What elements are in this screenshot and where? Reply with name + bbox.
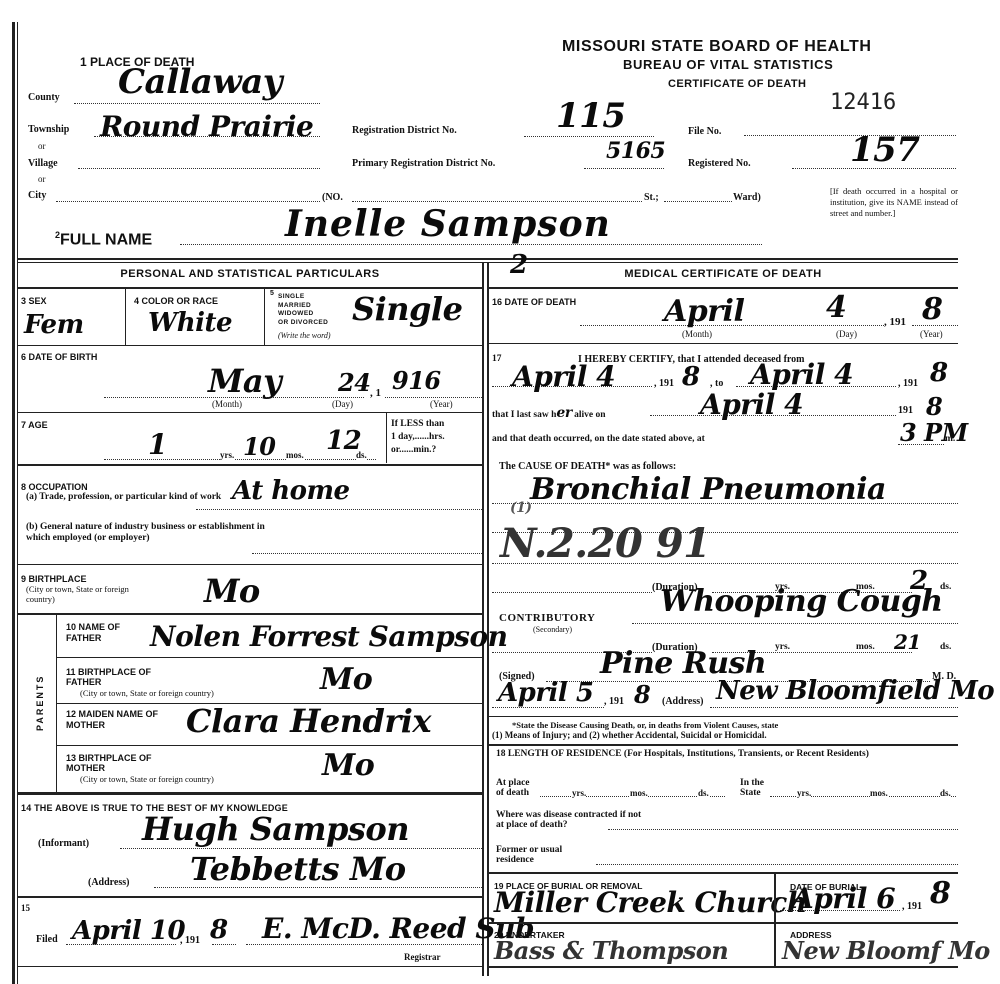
marital-number: 5: [270, 290, 274, 297]
race-marital-divider: [264, 288, 265, 345]
personal-title-divider: [18, 287, 482, 289]
sex-label: 3 SEX: [21, 296, 47, 306]
or-label-2: or: [38, 174, 46, 184]
attended-from-value[interactable]: April 4: [512, 360, 615, 393]
marital-option-divorced: OR DIVORCED: [278, 319, 328, 328]
attended-from-year[interactable]: 8: [682, 362, 700, 392]
primary-registration-line: [584, 168, 664, 169]
attended-to-prefix-text: 191: [903, 378, 918, 389]
occupation-a-value[interactable]: At home: [232, 476, 350, 506]
township-label: Township: [28, 124, 69, 135]
duration-1-line: [492, 592, 652, 593]
medical-section-title: MEDICAL CERTIFICATE OF DEATH: [488, 268, 958, 280]
county-label: County: [28, 92, 60, 103]
cause-code: (1): [510, 500, 532, 516]
contracted-label: Where was disease contracted if not at p…: [496, 810, 646, 830]
marital-option-married: MARRIED: [278, 302, 328, 311]
dod-year-prefix-text: 191: [890, 316, 907, 328]
in-state-ds: ds.: [940, 788, 951, 798]
certificate-title: CERTIFICATE OF DEATH: [668, 78, 806, 90]
left-border-inner: [17, 22, 18, 984]
row-divider-3: [18, 464, 482, 466]
age-years-value[interactable]: 1: [148, 428, 167, 461]
burial-date-value[interactable]: April 6: [792, 882, 895, 915]
attended-to-value[interactable]: April 4: [750, 358, 853, 391]
filed-number: 15: [21, 903, 30, 913]
at-place-mos: mos.: [630, 788, 648, 798]
filed-date-value[interactable]: April 10: [72, 916, 185, 946]
filed-year-prefix: , 191: [180, 935, 200, 946]
dob-year-line: [385, 397, 482, 398]
no-label: (NO.: [322, 192, 343, 203]
dod-month-caption: (Month): [682, 329, 712, 339]
registrar-label: Registrar: [404, 952, 440, 962]
parents-side-label: PARENTS: [35, 679, 45, 731]
birthplace-value[interactable]: Mo: [204, 572, 260, 610]
father-birthplace-hint: (City or town, State or foreign country): [80, 688, 214, 698]
row-divider-6: [18, 792, 482, 795]
birthplace-hint: (City or town, State or foreign country): [26, 584, 156, 604]
mother-birthplace-label: 13 BIRTHPLACE OF MOTHER: [66, 753, 156, 773]
marital-hint: (Write the word): [278, 331, 331, 340]
cause-stamp: N.2.20 91: [500, 520, 710, 567]
signed-year-prefix-text: 191: [609, 696, 624, 707]
death-time-text: and that death occurred, on the date sta…: [492, 434, 705, 444]
in-state-label: In the State: [740, 778, 780, 798]
age-line: [104, 459, 376, 460]
informant-address-label: (Address): [88, 877, 129, 888]
medical-divider-2: [489, 716, 958, 717]
signed-address-label: (Address): [662, 696, 703, 707]
race-label: 4 COLOR OR RACE: [134, 296, 218, 306]
duration-2-ds: ds.: [940, 642, 951, 652]
attended-to-year-prefix: , 191: [898, 378, 918, 389]
st-label: St.;: [644, 192, 659, 203]
st-line: [664, 201, 732, 202]
signed-address-value[interactable]: New Bloomfield Mo: [716, 676, 994, 706]
certify-number: 17: [492, 354, 502, 364]
county-value[interactable]: Callaway: [118, 62, 282, 102]
registration-district-value[interactable]: 115: [556, 96, 625, 136]
medical-divider-3: [489, 744, 958, 746]
duration-2-ds-value[interactable]: 21: [894, 630, 921, 654]
marital-options: SINGLE MARRIED WIDOWED OR DIVORCED: [278, 293, 328, 327]
full-name-value[interactable]: Inelle Sampson: [285, 203, 611, 245]
dob-year-caption: (Year): [430, 399, 453, 409]
parent-divider-1: [57, 657, 482, 658]
dob-year-value[interactable]: 916: [392, 366, 441, 395]
registration-district-line: [524, 136, 654, 137]
age-ds-label: ds.: [356, 450, 367, 460]
at-place-ds: ds.: [698, 788, 709, 798]
duration-2-yrs: yrs.: [775, 642, 790, 652]
footnote-1: *State the Disease Causing Death, or, in…: [512, 720, 778, 730]
race-value[interactable]: White: [148, 308, 232, 338]
occupation-label: 8 OCCUPATION: [21, 482, 88, 492]
county-line: [74, 103, 320, 104]
last-saw-year-prefix: 191: [898, 405, 913, 416]
informant-value[interactable]: Hugh Sampson: [142, 810, 409, 848]
dod-day-value[interactable]: 4: [826, 290, 846, 325]
dod-month-value[interactable]: April: [664, 294, 744, 329]
in-state-yrs: yrs.: [797, 788, 811, 798]
in-state-mos: mos.: [870, 788, 888, 798]
mother-name-value[interactable]: Clara Hendrix: [186, 702, 431, 740]
undertaker-address-value[interactable]: New Bloomf Mo: [782, 936, 990, 965]
filed-year-value[interactable]: 8: [210, 915, 228, 945]
last-saw-date-value[interactable]: April 4: [700, 388, 803, 421]
city-line[interactable]: [56, 201, 320, 202]
age-less-than-block: If LESS than 1 day,......hrs. or......mi…: [391, 418, 445, 457]
mother-name-label: 12 MAIDEN NAME OF MOTHER: [66, 709, 176, 731]
cause-value[interactable]: Bronchial Pneumonia: [530, 472, 886, 507]
sex-race-divider: [125, 288, 126, 345]
footnote-2: (1) Means of Injury; and (2) whether Acc…: [492, 730, 767, 740]
city-label: City: [28, 190, 46, 201]
former-label: Former or usual residence: [496, 845, 596, 865]
dob-month-caption: (Month): [212, 399, 242, 409]
age-label: 7 AGE: [21, 420, 48, 430]
less-than-label: If LESS than: [391, 418, 445, 431]
sex-value[interactable]: Fem: [24, 310, 84, 340]
age-yrs-label: yrs.: [220, 450, 234, 460]
dob-year-prefix: , 1: [370, 387, 381, 399]
marital-value[interactable]: Single: [352, 290, 462, 328]
village-line[interactable]: [78, 168, 320, 169]
board-title: MISSOURI STATE BOARD OF HEALTH: [562, 38, 872, 56]
marital-option-single: SINGLE: [278, 293, 328, 302]
burial-year-value[interactable]: 8: [930, 876, 950, 911]
signed-year-prefix: , 191: [604, 696, 624, 707]
medical-divider-1: [489, 343, 958, 344]
file-number-stamp: 12416: [830, 90, 896, 115]
medical-title-divider: [489, 287, 958, 289]
burial-year-prefix-text: 191: [907, 901, 922, 912]
attended-to-year[interactable]: 8: [930, 358, 948, 388]
center-divider-2: [487, 262, 489, 976]
father-birthplace-label: 11 BIRTHPLACE OF FATHER: [66, 667, 156, 687]
ward-label: Ward): [733, 192, 761, 203]
birthplace-label: 9 BIRTHPLACE: [21, 574, 87, 584]
full-name-label: 2FULL NAME: [55, 230, 152, 249]
center-divider: [482, 262, 484, 976]
personal-section-title: PERSONAL AND STATISTICAL PARTICULARS: [18, 268, 482, 280]
age-months-value[interactable]: 10: [243, 432, 275, 461]
occupation-a-line: [196, 509, 482, 510]
father-name-value[interactable]: Nolen Forrest Sampson: [150, 620, 507, 653]
last-saw-year[interactable]: 8: [926, 392, 942, 421]
mother-birthplace-value[interactable]: Mo: [322, 748, 374, 783]
last-saw-text-label: that I last saw h: [492, 410, 556, 420]
left-border: [12, 22, 15, 984]
dob-label: 6 DATE OF BIRTH: [21, 352, 97, 362]
filed-label: Filed: [36, 934, 58, 945]
row-divider-1: [18, 345, 482, 346]
primary-registration-value[interactable]: 5165: [606, 138, 665, 164]
cause-label: The CAUSE OF DEATH* was as follows:: [499, 461, 676, 472]
medical-divider-4: [489, 872, 958, 874]
death-time-value[interactable]: 3 PM: [900, 418, 968, 447]
street-line[interactable]: [352, 201, 642, 202]
contributory-line: [632, 623, 958, 624]
at-place-yrs: yrs.: [572, 788, 586, 798]
dod-year-value[interactable]: 8: [922, 292, 942, 327]
header-divider: [18, 258, 958, 260]
dob-month-value[interactable]: May: [208, 362, 281, 400]
dod-year-prefix: , 191: [884, 316, 906, 328]
date-of-death-label: 16 DATE OF DEATH: [492, 297, 576, 307]
informant-label: (Informant): [38, 838, 89, 849]
medical-bottom-divider: [489, 966, 958, 968]
duration-2-mos: mos.: [856, 642, 875, 652]
last-saw-pronoun[interactable]: er: [556, 405, 571, 421]
medical-divider-5: [489, 922, 958, 924]
signed-address-line: [710, 707, 958, 708]
former-line[interactable]: [596, 864, 958, 865]
contracted-line[interactable]: [608, 829, 958, 830]
attended-from-year-prefix: , 191: [654, 378, 674, 389]
or-label-1: or: [38, 141, 46, 151]
last-saw-text: that I last saw her alive on: [492, 405, 605, 421]
age-less-divider: [386, 413, 387, 463]
attended-from-prefix-text: 191: [659, 378, 674, 389]
registration-district-label: Registration District No.: [352, 125, 457, 136]
dob-day-value[interactable]: 24: [338, 368, 370, 397]
informant-line: [120, 848, 482, 849]
contributory-value[interactable]: Whooping Cough: [660, 584, 943, 619]
row-divider-2: [18, 412, 482, 413]
at-place-label: At place of death: [496, 778, 536, 798]
dob-day-caption: (Day): [332, 399, 353, 409]
mother-birthplace-hint: (City or town, State or foreign country): [80, 774, 214, 784]
registered-no-value[interactable]: 157: [850, 130, 919, 170]
burial-value[interactable]: Miller Creek Church: [494, 886, 807, 919]
death-time-m: m.: [945, 434, 955, 444]
township-value[interactable]: Round Prairie: [100, 110, 313, 143]
primary-registration-label: Primary Registration District No.: [352, 158, 495, 169]
alive-on-label: alive on: [574, 410, 605, 420]
less-day-label: 1 day,......hrs.: [391, 431, 445, 444]
row-divider-5: [18, 613, 482, 615]
registered-no-label: Registered No.: [688, 158, 751, 169]
dod-day-caption: (Day): [836, 329, 857, 339]
contributory-label: CONTRIBUTORY: [499, 612, 595, 624]
parent-divider-3: [57, 745, 482, 746]
signed-date-value[interactable]: April 5: [498, 678, 593, 708]
dod-year-caption: (Year): [920, 329, 943, 339]
bureau-title: BUREAU OF VITAL STATISTICS: [623, 57, 833, 72]
father-birthplace-value[interactable]: Mo: [320, 662, 372, 697]
burial-divider: [774, 873, 776, 968]
burial-year-prefix: , 191: [902, 901, 922, 912]
residence-label: 18 LENGTH OF RESIDENCE (For Hospitals, I…: [496, 749, 956, 759]
less-min-label: or......min.?: [391, 444, 445, 457]
row-divider-4: [18, 564, 482, 565]
row-divider-7: [18, 896, 482, 898]
dob-year-prefix-text: 1: [376, 387, 382, 399]
marital-option-widowed: WIDOWED: [278, 310, 328, 319]
last-saw-prefix-text: 191: [898, 405, 913, 416]
occupation-b-label: (b) General nature of industry business …: [26, 522, 266, 543]
informant-address-value[interactable]: Tebbetts Mo: [190, 850, 406, 888]
bottom-left-divider: [18, 966, 482, 967]
file-no-label: File No.: [688, 126, 721, 137]
undertaker-value[interactable]: Bass & Thompson: [494, 936, 728, 965]
full-name-text: FULL NAME: [60, 231, 152, 248]
father-name-label: 10 NAME OF FATHER: [66, 622, 156, 644]
hospital-note: [If death occurred in a hospital or inst…: [830, 186, 958, 219]
contributory-sub: (Secondary): [533, 625, 572, 634]
village-label: Village: [28, 158, 58, 169]
occupation-a-label: (a) Trade, profession, or particular kin…: [26, 492, 226, 502]
age-mos-label: mos.: [286, 450, 304, 460]
signed-year-value[interactable]: 8: [634, 680, 650, 709]
occupation-b-line[interactable]: [252, 553, 482, 554]
filed-year-prefix-text: 191: [185, 935, 200, 946]
